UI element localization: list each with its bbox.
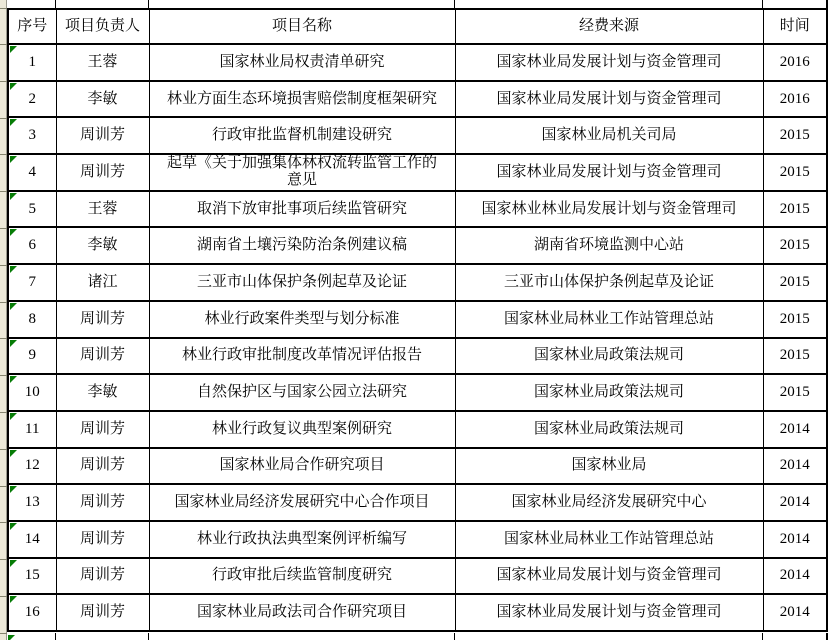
- project-name-cell[interactable]: 国家林业局权责清单研究: [149, 44, 455, 81]
- row-number-cell[interactable]: 6: [8, 227, 56, 264]
- project-name-cell[interactable]: 湖南省土壤污染防治条例建议稿: [149, 227, 455, 264]
- year-cell[interactable]: 2015: [763, 227, 827, 264]
- year-cell[interactable]: 2014: [763, 448, 827, 485]
- project-name: 国家林业局权责清单研究: [219, 54, 384, 70]
- error-indicator-icon: [10, 193, 17, 200]
- row-border-tick: [0, 154, 7, 155]
- project-name: 林业行政案件类型与划分标准: [204, 311, 399, 327]
- year-cell[interactable]: 2016: [763, 44, 827, 81]
- header-cell-funding[interactable]: 经费来源: [455, 9, 763, 44]
- leader-cell[interactable]: 王蓉: [56, 191, 149, 228]
- row-number: 3: [29, 127, 37, 143]
- year-cell[interactable]: 2016: [763, 81, 827, 118]
- error-indicator-icon: [10, 229, 17, 236]
- project-name: 起草《关于加强集体林权流转监管工作的 意见: [167, 155, 437, 188]
- funding-source-cell[interactable]: 国家林业局发展计划与资金管理司: [455, 81, 763, 118]
- funding-source: 国家林业局机关司局: [541, 127, 676, 143]
- leader-cell[interactable]: 李敏: [56, 374, 149, 411]
- funding-source: 国家林业局林业工作站管理总站: [504, 311, 714, 327]
- leader-name: 周训芳: [80, 311, 125, 327]
- table-row: 14 周训芳 林业行政执法典型案例评析编写 国家林业局林业工作站管理总站 201…: [8, 521, 827, 558]
- project-name-cell[interactable]: 三亚市山体保护条例起草及论证: [149, 264, 455, 301]
- year-value: 2015: [780, 201, 810, 217]
- project-name-cell[interactable]: 取消下放审批事项后续监管研究: [149, 191, 455, 228]
- year-value: 2014: [780, 567, 810, 583]
- left-margin-strip: [0, 0, 7, 640]
- table-row: 11 周训芳 林业行政复议典型案例研究 国家林业局政策法规司 2014: [8, 411, 827, 448]
- project-name-cell[interactable]: 自然保护区与国家公园立法研究: [149, 374, 455, 411]
- project-name: 行政审批后续监管制度研究: [212, 567, 392, 583]
- header-cell-year[interactable]: 时间: [763, 9, 827, 44]
- table-row: 4 周训芳 起草《关于加强集体林权流转监管工作的 意见 国家林业局发展计划与资金…: [8, 154, 827, 191]
- row-number: 6: [29, 237, 37, 253]
- row-number-cell[interactable]: 14: [8, 521, 56, 558]
- row-border-tick: [0, 8, 7, 9]
- funding-source-cell[interactable]: 国家林业局发展计划与资金管理司: [455, 594, 763, 631]
- row-border-tick: [0, 228, 7, 229]
- row-number-cell[interactable]: 8: [8, 301, 56, 338]
- year-cell[interactable]: 2014: [763, 484, 827, 521]
- funding-source-cell[interactable]: 国家林业局: [455, 448, 763, 485]
- leader-cell[interactable]: 李敏: [56, 81, 149, 118]
- table-row: 2 李敏 林业方面生态环境损害赔偿制度框架研究 国家林业局发展计划与资金管理司 …: [8, 81, 827, 118]
- bottom-partial-row: [7, 633, 830, 640]
- year-cell[interactable]: 2015: [763, 117, 827, 154]
- year-cell[interactable]: 2014: [763, 411, 827, 448]
- error-indicator-icon: [10, 119, 17, 126]
- leader-name: 周训芳: [80, 347, 125, 363]
- row-number: 8: [29, 311, 37, 327]
- header-row: 序号 项目负责人 项目名称 经费来源 时间: [8, 9, 827, 44]
- project-name: 林业方面生态环境损害赔偿制度框架研究: [167, 91, 437, 107]
- year-cell[interactable]: 2015: [763, 374, 827, 411]
- leader-cell[interactable]: 李敏: [56, 227, 149, 264]
- row-border-tick: [0, 191, 7, 192]
- row-number: 10: [25, 384, 40, 400]
- funding-source: 国家林业局发展计划与资金管理司: [496, 567, 721, 583]
- table-row: 1 王蓉 国家林业局权责清单研究 国家林业局发展计划与资金管理司 2016: [8, 44, 827, 81]
- funding-source-cell[interactable]: 湖南省环境监测中心站: [455, 227, 763, 264]
- year-cell[interactable]: 2015: [763, 264, 827, 301]
- funding-source-cell[interactable]: 国家林业局机关司局: [455, 117, 763, 154]
- row-border-tick: [0, 118, 7, 119]
- funding-source-cell[interactable]: 三亚市山体保护条例起草及论证: [455, 264, 763, 301]
- column-border-segment: [762, 633, 763, 640]
- row-number-cell[interactable]: 10: [8, 374, 56, 411]
- error-indicator-icon: [10, 486, 17, 493]
- row-number: 1: [29, 54, 37, 70]
- funding-source-cell[interactable]: 国家林业局发展计划与资金管理司: [455, 44, 763, 81]
- project-name: 国家林业局经济发展研究中心合作项目: [174, 494, 429, 510]
- projects-table: 序号 项目负责人 项目名称 经费来源 时间 1 王蓉 国家林业局权责清单研究 国…: [7, 8, 828, 632]
- row-number: 9: [29, 347, 37, 363]
- leader-name: 周训芳: [80, 127, 125, 143]
- funding-source-cell[interactable]: 国家林业局政策法规司: [455, 374, 763, 411]
- year-value: 2015: [780, 164, 810, 180]
- leader-name: 李敏: [87, 91, 117, 107]
- project-name: 行政审批监督机制建设研究: [212, 127, 392, 143]
- column-border-segment: [826, 633, 828, 640]
- year-cell[interactable]: 2014: [763, 594, 827, 631]
- leader-cell[interactable]: 周训芳: [56, 484, 149, 521]
- row-number-cell[interactable]: 11: [8, 411, 56, 448]
- row-number-cell[interactable]: 15: [8, 558, 56, 595]
- error-indicator-icon: [10, 46, 17, 53]
- leader-cell[interactable]: 周训芳: [56, 448, 149, 485]
- row-border-tick: [0, 596, 7, 597]
- row-number-cell[interactable]: 9: [8, 338, 56, 375]
- table-row: 9 周训芳 林业行政审批制度改革情况评估报告 国家林业局政策法规司 2015: [8, 338, 827, 375]
- row-number-cell[interactable]: 4: [8, 154, 56, 191]
- row-number-cell[interactable]: 2: [8, 81, 56, 118]
- project-name-cell[interactable]: 林业方面生态环境损害赔偿制度框架研究: [149, 81, 455, 118]
- leader-name: 周训芳: [80, 421, 125, 437]
- year-value: 2014: [780, 494, 810, 510]
- error-indicator-icon: [10, 523, 17, 530]
- project-name-cell[interactable]: 林业行政复议典型案例研究: [149, 411, 455, 448]
- error-indicator-icon: [10, 303, 17, 310]
- year-value: 2015: [780, 274, 810, 290]
- year-cell[interactable]: 2014: [763, 558, 827, 595]
- table-row: 16 周训芳 国家林业局政法司合作研究项目 国家林业局发展计划与资金管理司 20…: [8, 594, 827, 631]
- column-border-segment: [148, 0, 149, 8]
- year-cell[interactable]: 2015: [763, 338, 827, 375]
- project-name: 国家林业局政法司合作研究项目: [197, 604, 407, 620]
- leader-cell[interactable]: 周训芳: [56, 117, 149, 154]
- leader-cell[interactable]: 诸江: [56, 264, 149, 301]
- row-number: 2: [29, 91, 37, 107]
- leader-cell[interactable]: 周训芳: [56, 594, 149, 631]
- leader-cell[interactable]: 周训芳: [56, 301, 149, 338]
- error-indicator-icon: [8, 635, 15, 640]
- year-value: 2016: [780, 54, 810, 70]
- funding-source: 国家林业局政策法规司: [534, 421, 684, 437]
- error-indicator-icon: [10, 266, 17, 273]
- row-number: 12: [25, 457, 40, 473]
- table-row: 10 李敏 自然保护区与国家公园立法研究 国家林业局政策法规司 2015: [8, 374, 827, 411]
- row-number: 16: [25, 604, 40, 620]
- row-number: 14: [25, 531, 40, 547]
- project-name-cell[interactable]: 国家林业局政法司合作研究项目: [149, 594, 455, 631]
- project-name-cell[interactable]: 行政审批监督机制建设研究: [149, 117, 455, 154]
- year-value: 2014: [780, 457, 810, 473]
- row-border-tick: [0, 522, 7, 523]
- funding-source: 国家林业局林业工作站管理总站: [504, 531, 714, 547]
- row-number-cell[interactable]: 16: [8, 594, 56, 631]
- row-border-tick: [0, 338, 7, 339]
- error-indicator-icon: [10, 376, 17, 383]
- funding-source: 国家林业局: [571, 457, 646, 473]
- table-row: 8 周训芳 林业行政案件类型与划分标准 国家林业局林业工作站管理总站 2015: [8, 301, 827, 338]
- project-name-cell[interactable]: 起草《关于加强集体林权流转监管工作的 意见: [149, 154, 455, 191]
- row-number: 4: [29, 164, 37, 180]
- row-border-tick: [0, 559, 7, 560]
- row-number-cell[interactable]: 1: [8, 44, 56, 81]
- project-name: 林业行政复议典型案例研究: [212, 421, 392, 437]
- column-border-segment: [762, 0, 763, 8]
- leader-cell[interactable]: 周训芳: [56, 338, 149, 375]
- column-border-segment: [454, 633, 455, 640]
- leader-name: 周训芳: [80, 604, 125, 620]
- row-number: 5: [29, 201, 37, 217]
- column-border-segment: [148, 633, 149, 640]
- project-name: 取消下放审批事项后续监管研究: [197, 201, 407, 217]
- year-value: 2015: [780, 311, 810, 327]
- row-number-cell[interactable]: 7: [8, 264, 56, 301]
- project-name: 湖南省土壤污染防治条例建议稿: [197, 237, 407, 253]
- funding-source: 国家林业局发展计划与资金管理司: [496, 164, 721, 180]
- column-border-segment: [454, 0, 455, 8]
- leader-name: 李敏: [87, 384, 117, 400]
- leader-name: 周训芳: [80, 531, 125, 547]
- project-name-cell[interactable]: 国家林业局经济发展研究中心合作项目: [149, 484, 455, 521]
- row-border-tick: [0, 412, 7, 413]
- funding-source-cell[interactable]: 国家林业局发展计划与资金管理司: [455, 154, 763, 191]
- year-cell[interactable]: 2015: [763, 154, 827, 191]
- row-number: 15: [25, 567, 40, 583]
- table-row: 12 周训芳 国家林业局合作研究项目 国家林业局 2014: [8, 448, 827, 485]
- row-border-tick: [0, 302, 7, 303]
- row-border-tick: [0, 44, 7, 45]
- leader-name: 诸江: [87, 274, 117, 290]
- error-indicator-icon: [10, 340, 17, 347]
- funding-source-cell[interactable]: 国家林业局政策法规司: [455, 411, 763, 448]
- funding-source: 国家林业局发展计划与资金管理司: [496, 54, 721, 70]
- funding-source: 国家林业局政策法规司: [534, 347, 684, 363]
- error-indicator-icon: [10, 450, 17, 457]
- row-number-cell[interactable]: 12: [8, 448, 56, 485]
- funding-source: 三亚市山体保护条例起草及论证: [504, 274, 714, 290]
- leader-name: 李敏: [87, 237, 117, 253]
- year-cell[interactable]: 2015: [763, 301, 827, 338]
- leader-name: 周训芳: [80, 164, 125, 180]
- row-number: 11: [25, 421, 39, 437]
- funding-source-cell[interactable]: 国家林业局林业工作站管理总站: [455, 301, 763, 338]
- leader-cell[interactable]: 周训芳: [56, 411, 149, 448]
- leader-cell[interactable]: 周训芳: [56, 558, 149, 595]
- leader-cell[interactable]: 周训芳: [56, 154, 149, 191]
- row-border-tick: [0, 633, 7, 634]
- year-value: 2016: [780, 91, 810, 107]
- funding-source-cell[interactable]: 国家林业局林业工作站管理总站: [455, 521, 763, 558]
- row-number-cell[interactable]: 5: [8, 191, 56, 228]
- year-value: 2015: [780, 384, 810, 400]
- funding-source: 国家林业局发展计划与资金管理司: [496, 91, 721, 107]
- project-name: 林业行政执法典型案例评析编写: [197, 531, 407, 547]
- leader-name: 周训芳: [80, 567, 125, 583]
- leader-cell[interactable]: 周训芳: [56, 521, 149, 558]
- project-name: 国家林业局合作研究项目: [219, 457, 384, 473]
- funding-source-cell[interactable]: 国家林业局发展计划与资金管理司: [455, 558, 763, 595]
- leader-name: 周训芳: [80, 457, 125, 473]
- column-border-segment: [826, 0, 828, 8]
- error-indicator-icon: [10, 560, 17, 567]
- project-name-cell[interactable]: 林业行政审批制度改革情况评估报告: [149, 338, 455, 375]
- row-border-tick: [0, 449, 7, 450]
- year-value: 2014: [780, 531, 810, 547]
- project-name: 三亚市山体保护条例起草及论证: [197, 274, 407, 290]
- year-value: 2015: [780, 237, 810, 253]
- project-name-cell[interactable]: 行政审批后续监管制度研究: [149, 558, 455, 595]
- year-value: 2015: [780, 127, 810, 143]
- project-name: 自然保护区与国家公园立法研究: [197, 384, 407, 400]
- error-indicator-icon: [10, 596, 17, 603]
- table-row: 3 周训芳 行政审批监督机制建设研究 国家林业局机关司局 2015: [8, 117, 827, 154]
- year-value: 2014: [780, 604, 810, 620]
- funding-source: 国家林业局政策法规司: [534, 384, 684, 400]
- row-number: 7: [29, 274, 37, 290]
- header-cell-number[interactable]: 序号: [8, 9, 56, 44]
- row-border-tick: [0, 265, 7, 266]
- row-number-cell[interactable]: 3: [8, 117, 56, 154]
- row-border-tick: [0, 375, 7, 376]
- header-cell-leader[interactable]: 项目负责人: [56, 9, 149, 44]
- row-number: 13: [25, 494, 40, 510]
- year-cell[interactable]: 2014: [763, 521, 827, 558]
- table-row: 15 周训芳 行政审批后续监管制度研究 国家林业局发展计划与资金管理司 2014: [8, 558, 827, 595]
- funding-source-cell[interactable]: 国家林业局经济发展研究中心: [455, 484, 763, 521]
- funding-source: 国家林业局经济发展研究中心: [511, 494, 706, 510]
- column-border-segment: [55, 0, 56, 8]
- table-row: 7 诸江 三亚市山体保护条例起草及论证 三亚市山体保护条例起草及论证 2015: [8, 264, 827, 301]
- top-partial-row: [7, 0, 830, 8]
- funding-source: 国家林业林业局发展计划与资金管理司: [481, 201, 736, 217]
- leader-name: 王蓉: [87, 54, 117, 70]
- funding-source-cell[interactable]: 国家林业林业局发展计划与资金管理司: [455, 191, 763, 228]
- error-indicator-icon: [10, 83, 17, 90]
- project-name-cell[interactable]: 国家林业局合作研究项目: [149, 448, 455, 485]
- row-border-tick: [0, 486, 7, 487]
- project-name-cell[interactable]: 林业行政执法典型案例评析编写: [149, 521, 455, 558]
- column-border-segment: [55, 633, 56, 640]
- error-indicator-icon: [10, 156, 17, 163]
- funding-source: 国家林业局发展计划与资金管理司: [496, 604, 721, 620]
- project-name-cell[interactable]: 林业行政案件类型与划分标准: [149, 301, 455, 338]
- error-indicator-icon: [10, 413, 17, 420]
- leader-name: 周训芳: [80, 494, 125, 510]
- table-row: 5 王蓉 取消下放审批事项后续监管研究 国家林业林业局发展计划与资金管理司 20…: [8, 191, 827, 228]
- funding-source-cell[interactable]: 国家林业局政策法规司: [455, 338, 763, 375]
- year-cell[interactable]: 2015: [763, 191, 827, 228]
- table-row: 6 李敏 湖南省土壤污染防治条例建议稿 湖南省环境监测中心站 2015: [8, 227, 827, 264]
- table-body: 1 王蓉 国家林业局权责清单研究 国家林业局发展计划与资金管理司 2016 2 …: [8, 44, 827, 631]
- leader-name: 王蓉: [87, 201, 117, 217]
- row-border-tick: [0, 81, 7, 82]
- year-value: 2015: [780, 347, 810, 363]
- funding-source: 湖南省环境监测中心站: [534, 237, 684, 253]
- row-number-cell[interactable]: 13: [8, 484, 56, 521]
- table-row: 13 周训芳 国家林业局经济发展研究中心合作项目 国家林业局经济发展研究中心 2…: [8, 484, 827, 521]
- header-cell-project[interactable]: 项目名称: [149, 9, 455, 44]
- year-value: 2014: [780, 421, 810, 437]
- leader-cell[interactable]: 王蓉: [56, 44, 149, 81]
- project-name: 林业行政审批制度改革情况评估报告: [182, 347, 422, 363]
